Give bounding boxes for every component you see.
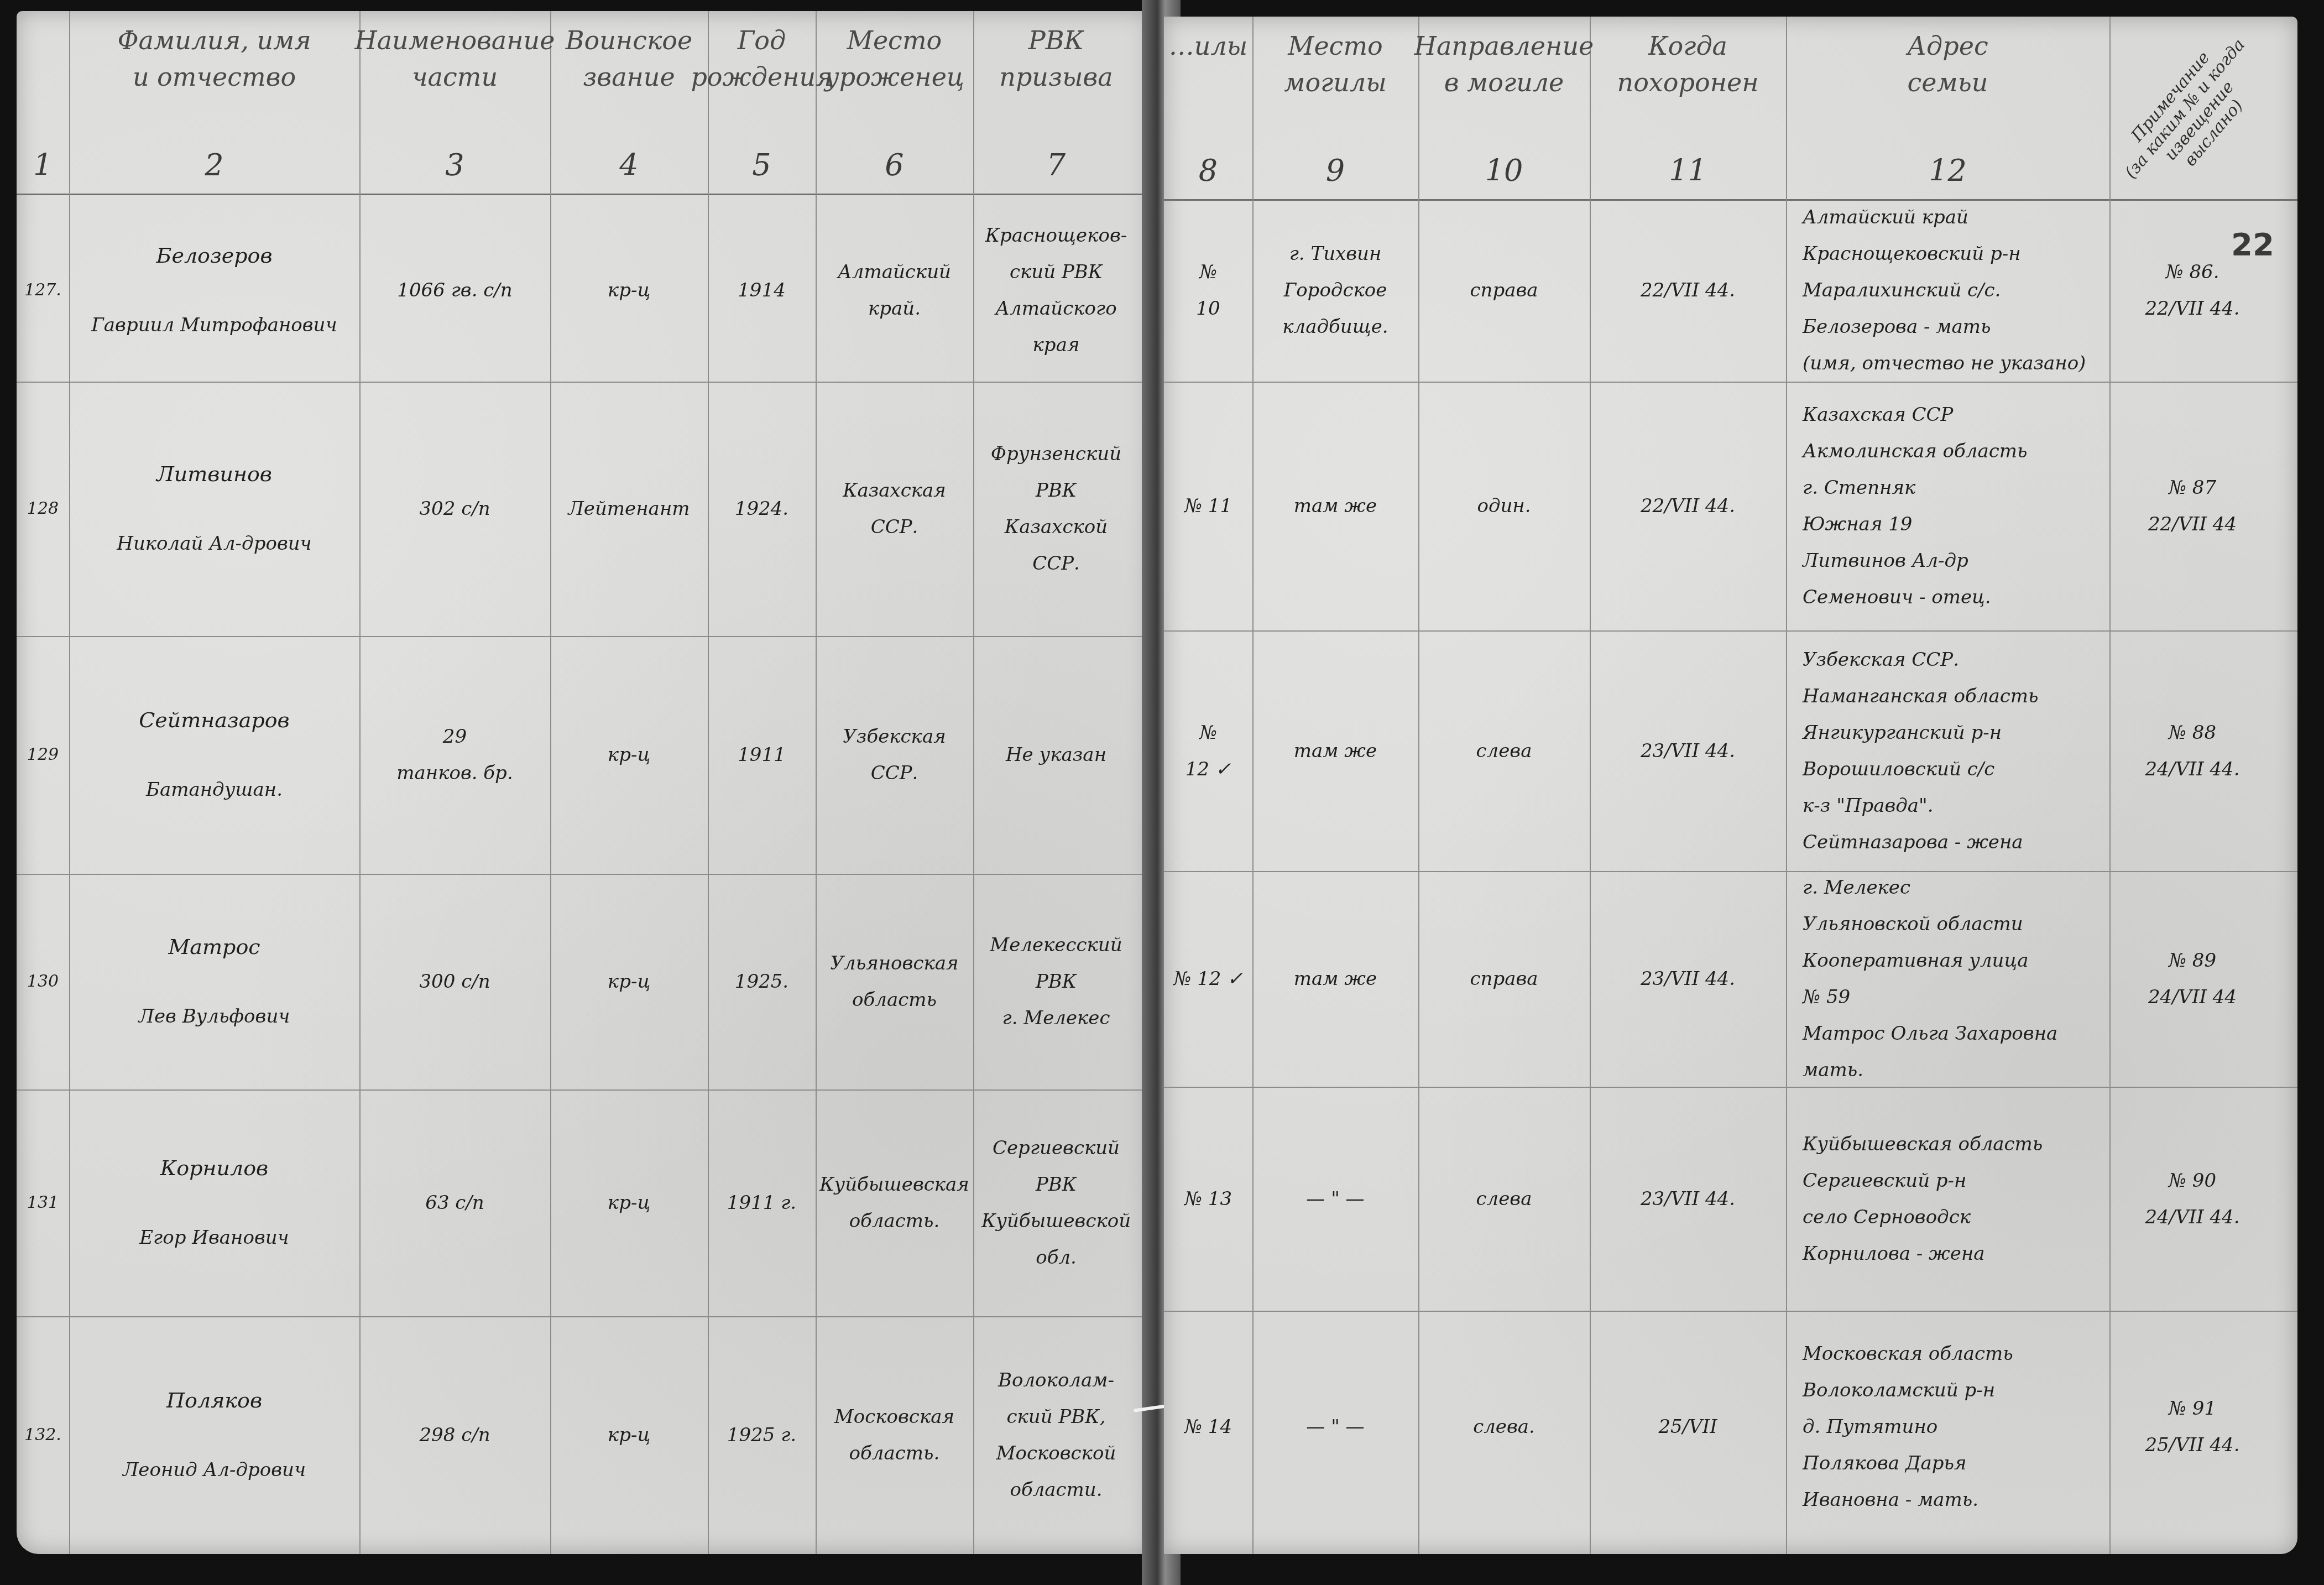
- cell-grave-place: там же: [1252, 382, 1418, 630]
- given-names: Леонид Ал-дрович: [123, 1452, 306, 1488]
- surname: Белозеров: [156, 237, 272, 274]
- cell-position: слева.: [1418, 1311, 1590, 1543]
- cell-rank: кр-ц: [550, 1089, 708, 1316]
- cell-born: 1924.: [708, 382, 816, 636]
- column-header-notes: Примечание (за каким № и когда извещение…: [2107, 23, 2278, 207]
- column-rule: [1786, 17, 1787, 1554]
- cell-born: 1925.: [708, 874, 816, 1089]
- cell-buried: 25/VII: [1590, 1311, 1786, 1543]
- cell-birthplace: Ульяновская область: [816, 874, 973, 1089]
- cell-notice: № 86. 22/VII 44.: [2109, 199, 2275, 382]
- cell-buried: 23/VII 44.: [1590, 630, 1786, 871]
- column-header-born: Год рождения 5: [708, 11, 816, 194]
- cell-rank: кр-ц: [550, 199, 708, 382]
- column-header-1: 1: [17, 11, 69, 194]
- cell-birthplace: Узбекская ССР.: [816, 636, 973, 874]
- cell-rvk: Фрунзенский РВК Казахской ССР.: [973, 382, 1139, 636]
- header-divider: [17, 194, 1150, 195]
- given-names: Гавриил Митрофанович: [91, 307, 337, 343]
- register-spread: 1 Фамилия, имя и отчество 2 Наименование…: [0, 0, 2324, 1585]
- given-names: Егор Иванович: [139, 1219, 289, 1256]
- given-names: Батандушан.: [146, 771, 283, 808]
- column-header-rank: Воинское звание 4: [550, 11, 708, 194]
- cell-buried: 23/VII 44.: [1590, 871, 1786, 1087]
- cell-unit: 298 с/п: [359, 1316, 550, 1554]
- cell-born: 1911 г.: [708, 1089, 816, 1316]
- cell-rvk: Мелекесский РВК г. Мелекес: [973, 874, 1139, 1089]
- column-header-family-address: Адрес семьи 12: [1786, 17, 2109, 199]
- cell-rvk: Не указан: [973, 636, 1139, 874]
- cell-position: один.: [1418, 382, 1590, 630]
- cell-birthplace: Куйбышевская область.: [816, 1089, 973, 1316]
- cell-full-name: ПоляковЛеонид Ал-дрович: [69, 1316, 359, 1554]
- column-header-name: Фамилия, имя и отчество 2: [69, 11, 359, 194]
- cell-birthplace: Казахская ССР.: [816, 382, 973, 636]
- cell-grave-no: № 10: [1164, 199, 1252, 382]
- column-header-grave-no: …илы 8: [1164, 17, 1252, 199]
- cell-notice: № 90 24/VII 44.: [2109, 1087, 2275, 1311]
- given-names: Лев Вульфович: [139, 998, 290, 1035]
- cell-position: справа: [1418, 199, 1590, 382]
- cell-rank: кр-ц: [550, 636, 708, 874]
- cell-rank: кр-ц: [550, 874, 708, 1089]
- cell-notice: № 89 24/VII 44: [2109, 871, 2275, 1087]
- cell-full-name: БелозеровГавриил Митрофанович: [69, 199, 359, 382]
- cell-grave-place: там же: [1252, 871, 1418, 1087]
- cell-no: 132.: [17, 1316, 69, 1554]
- given-names: Николай Ал-дрович: [117, 525, 311, 562]
- surname: Корнилов: [160, 1150, 268, 1186]
- cell-grave-place: г. Тихвин Городское кладбище.: [1252, 199, 1418, 382]
- cell-family-address: Узбекская ССР. Наманганская область Янги…: [1803, 630, 2109, 871]
- cell-family-address: Куйбышевская область Сергиевский р-н сел…: [1803, 1087, 2109, 1311]
- cell-position: слева: [1418, 1087, 1590, 1311]
- cell-rank: кр-ц: [550, 1316, 708, 1554]
- cell-position: слева: [1418, 630, 1590, 871]
- cell-born: 1925 г.: [708, 1316, 816, 1554]
- cell-rvk: Краснощеков- ский РВК Алтайского края: [973, 199, 1139, 382]
- cell-unit: 1066 гв. с/п: [359, 199, 550, 382]
- left-page: 1 Фамилия, имя и отчество 2 Наименование…: [17, 11, 1150, 1554]
- cell-grave-place: — " —: [1252, 1087, 1418, 1311]
- surname: Сейтназаров: [139, 702, 289, 738]
- column-header-buried: Когда похоронен 11: [1590, 17, 1786, 199]
- surname: Матрос: [168, 929, 260, 965]
- cell-notice: № 88 24/VII 44.: [2109, 630, 2275, 871]
- cell-rvk: Сергиевский РВК Куйбышевской обл.: [973, 1089, 1139, 1316]
- cell-no: 128: [17, 382, 69, 636]
- cell-birthplace: Московская область.: [816, 1316, 973, 1554]
- cell-no: 131: [17, 1089, 69, 1316]
- cell-birthplace: Алтайский край.: [816, 199, 973, 382]
- cell-grave-place: — " —: [1252, 1311, 1418, 1543]
- cell-no: 127.: [17, 199, 69, 382]
- cell-unit: 300 с/п: [359, 874, 550, 1089]
- cell-family-address: Казахская ССР Акмолинская область г. Сте…: [1803, 382, 2109, 630]
- cell-grave-no: № 12 ✓: [1164, 630, 1252, 871]
- cell-buried: 22/VII 44.: [1590, 382, 1786, 630]
- cell-full-name: ЛитвиновНиколай Ал-дрович: [69, 382, 359, 636]
- column-header-position: Направление в могиле 10: [1418, 17, 1590, 199]
- right-page: …илы 8 Место могилы 9 Направление в моги…: [1164, 17, 2297, 1554]
- cell-grave-no: № 13: [1164, 1087, 1252, 1311]
- cell-grave-no: № 12 ✓: [1164, 871, 1252, 1087]
- column-header-birthplace: Место уроженец 6: [816, 11, 973, 194]
- cell-full-name: МатросЛев Вульфович: [69, 874, 359, 1089]
- cell-grave-no: № 14: [1164, 1311, 1252, 1543]
- cell-born: 1914: [708, 199, 816, 382]
- cell-born: 1911: [708, 636, 816, 874]
- cell-full-name: КорниловЕгор Иванович: [69, 1089, 359, 1316]
- cell-notice: № 91 25/VII 44.: [2109, 1311, 2275, 1543]
- cell-unit: 63 с/п: [359, 1089, 550, 1316]
- surname: Литвинов: [156, 456, 272, 492]
- cell-rank: Лейтенант: [550, 382, 708, 636]
- cell-family-address: г. Мелекес Ульяновской области Кооперати…: [1803, 871, 2109, 1087]
- cell-buried: 23/VII 44.: [1590, 1087, 1786, 1311]
- column-header-rvk: РВК призыва 7: [973, 11, 1139, 194]
- cell-no: 130: [17, 874, 69, 1089]
- cell-grave-no: № 11: [1164, 382, 1252, 630]
- column-header-grave-place: Место могилы 9: [1252, 17, 1418, 199]
- cell-grave-place: там же: [1252, 630, 1418, 871]
- surname: Поляков: [166, 1382, 262, 1419]
- column-header-unit: Наименование части 3: [359, 11, 550, 194]
- cell-full-name: СейтназаровБатандушан.: [69, 636, 359, 874]
- cell-rvk: Волоколам- ский РВК, Московской области.: [973, 1316, 1139, 1554]
- cell-buried: 22/VII 44.: [1590, 199, 1786, 382]
- cell-family-address: Алтайский край Краснощековский р-н Марал…: [1803, 199, 2109, 382]
- cell-unit: 302 с/п: [359, 382, 550, 636]
- cell-position: справа: [1418, 871, 1590, 1087]
- cell-unit: 29 танков. бр.: [359, 636, 550, 874]
- cell-no: 129: [17, 636, 69, 874]
- cell-notice: № 87 22/VII 44: [2109, 382, 2275, 630]
- cell-family-address: Московская область Волоколамский р-н д. …: [1803, 1311, 2109, 1543]
